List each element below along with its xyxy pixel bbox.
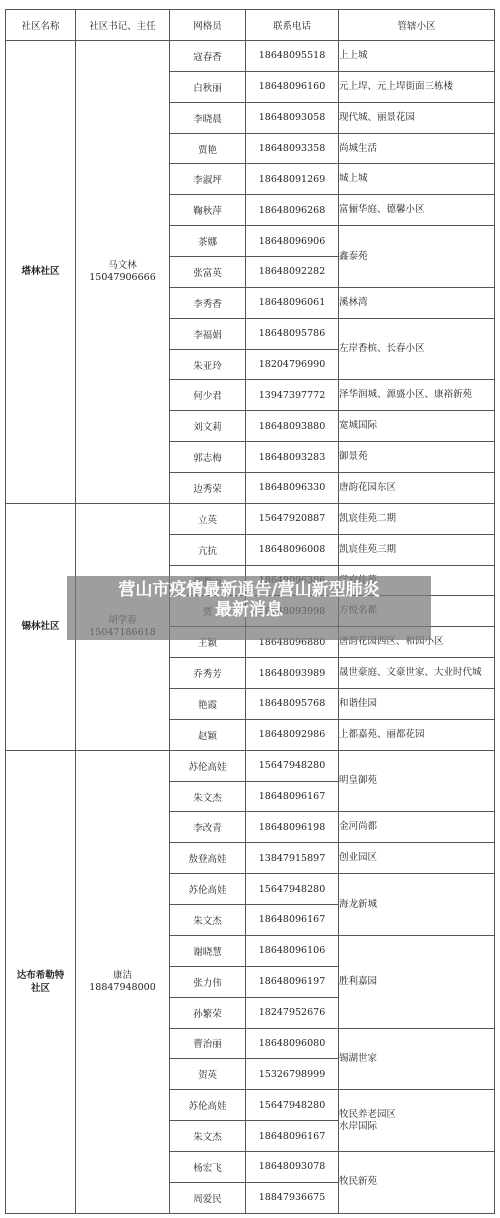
managed-area: 现代城、丽景花园 <box>339 102 495 133</box>
grid-worker-name: 朱亚玲 <box>170 349 246 380</box>
grid-worker-phone: 18648096106 <box>246 935 339 966</box>
grid-worker-name: 敖登高娃 <box>170 843 246 874</box>
community-name: 塔林社区 <box>6 41 76 504</box>
managed-area: 富俪华庭、德馨小区 <box>339 195 495 226</box>
managed-area: 胜利嘉园 <box>339 935 495 1028</box>
grid-worker-phone: 18648092282 <box>246 257 339 288</box>
managed-area: 上都嘉苑、丽都花园 <box>339 719 495 750</box>
managed-area: 锡湖世家 <box>339 1028 495 1090</box>
managed-area-line: 元上垾、元上垾街面三栋楼 <box>339 81 494 93</box>
grid-worker-phone: 18648095786 <box>246 318 339 349</box>
grid-worker-name: 朱文杰 <box>170 781 246 812</box>
grid-worker-name: 乔秀芳 <box>170 658 246 689</box>
managed-area-line: 唐韵花园东区 <box>339 482 494 494</box>
grid-worker-phone: 18648096167 <box>246 905 339 936</box>
grid-worker-name: 张富英 <box>170 257 246 288</box>
managed-area: 溪林湾 <box>339 287 495 318</box>
grid-worker-phone: 18204796990 <box>246 349 339 380</box>
managed-area-line: 创业园区 <box>339 852 494 864</box>
grid-worker-phone: 18648091269 <box>246 164 339 195</box>
grid-worker-phone: 18648096008 <box>246 534 339 565</box>
secretary-name: 康洁 <box>76 970 169 982</box>
grid-worker-phone: 18648093880 <box>246 411 339 442</box>
grid-worker-phone: 18847936675 <box>246 1182 339 1213</box>
grid-worker-phone: 13847915897 <box>246 843 339 874</box>
managed-area: 元上垾、元上垾街面三栋楼 <box>339 71 495 102</box>
managed-area-line: 金河尚都 <box>339 821 494 833</box>
managed-area-line: 御景苑 <box>339 451 494 463</box>
grid-worker-name: 寇春香 <box>170 41 246 72</box>
grid-worker-phone: 18648096167 <box>246 781 339 812</box>
grid-worker-phone: 18648095768 <box>246 689 339 720</box>
grid-worker-name: 周爱民 <box>170 1182 246 1213</box>
grid-worker-phone: 18648093058 <box>246 102 339 133</box>
grid-worker-name: 赵颖 <box>170 719 246 750</box>
header-grid-worker: 网格员 <box>170 10 246 41</box>
grid-worker-phone: 18648096080 <box>246 1028 339 1059</box>
managed-area-line: 宽城国际 <box>339 420 494 432</box>
grid-worker-phone: 18648093078 <box>246 1151 339 1182</box>
header-area: 管辖小区 <box>339 10 495 41</box>
managed-area: 海龙新城 <box>339 874 495 936</box>
grid-worker-name: 苏伦高娃 <box>170 874 246 905</box>
grid-worker-name: 立英 <box>170 503 246 534</box>
managed-area-line: 牧民养老园区 <box>339 1109 494 1121</box>
grid-worker-name: 郭志梅 <box>170 442 246 473</box>
table-row: 达布希勒特社区康洁18847948000苏伦高娃15647948280明皇御苑 <box>6 750 495 781</box>
managed-area-line: 城上城 <box>339 173 494 185</box>
secretary-phone: 18847948000 <box>76 982 169 994</box>
grid-worker-phone: 18648093358 <box>246 133 339 164</box>
managed-area: 凯宸佳苑三期 <box>339 534 495 565</box>
grid-worker-name: 朱文杰 <box>170 1121 246 1152</box>
managed-area-line: 胜利嘉园 <box>339 976 494 988</box>
grid-worker-name: 曹治丽 <box>170 1028 246 1059</box>
managed-area: 唐韵花园东区 <box>339 473 495 504</box>
managed-area-line: 牧民新苑 <box>339 1176 494 1188</box>
secretary-phone: 15047906666 <box>76 272 169 284</box>
managed-area-line: 水岸国际 <box>339 1121 494 1133</box>
community-name: 锡林社区 <box>6 503 76 750</box>
grid-worker-phone: 18648096906 <box>246 226 339 257</box>
grid-worker-phone: 18648096197 <box>246 966 339 997</box>
managed-area-line: 左岸香槟、长春小区 <box>339 343 494 355</box>
grid-worker-phone: 18247952676 <box>246 997 339 1028</box>
managed-area-line: 上都嘉苑、丽都花园 <box>339 729 494 741</box>
grid-worker-phone: 13947397772 <box>246 380 339 411</box>
grid-worker-name: 李晓晨 <box>170 102 246 133</box>
grid-worker-name: 亢抗 <box>170 534 246 565</box>
grid-worker-name: 苏伦高娃 <box>170 1090 246 1121</box>
managed-area-line: 海龙新城 <box>339 899 494 911</box>
grid-worker-phone: 18648096167 <box>246 1121 339 1152</box>
table-row: 塔林社区马文林15047906666寇春香18648095518上上城 <box>6 41 495 72</box>
grid-worker-phone: 15647948280 <box>246 1090 339 1121</box>
grid-worker-name: 白秋丽 <box>170 71 246 102</box>
managed-area: 上上城 <box>339 41 495 72</box>
grid-worker-phone: 18648093989 <box>246 658 339 689</box>
grid-worker-name: 苏伦高娃 <box>170 750 246 781</box>
grid-worker-phone: 18648096268 <box>246 195 339 226</box>
grid-worker-name: 谢晓慧 <box>170 935 246 966</box>
grid-worker-phone: 15326798999 <box>246 1059 339 1090</box>
grid-worker-phone: 18648096061 <box>246 287 339 318</box>
secretary-cell: 马文林15047906666 <box>76 41 170 504</box>
grid-worker-phone: 18648095518 <box>246 41 339 72</box>
grid-worker-phone: 18648096330 <box>246 473 339 504</box>
managed-area-line: 富俪华庭、德馨小区 <box>339 204 494 216</box>
managed-area: 宽城国际 <box>339 411 495 442</box>
managed-area: 御景苑 <box>339 442 495 473</box>
grid-worker-name: 李改青 <box>170 812 246 843</box>
managed-area-line: 明皇御苑 <box>339 775 494 787</box>
managed-area: 凯宸佳苑二期 <box>339 503 495 534</box>
grid-worker-phone: 18648092986 <box>246 719 339 750</box>
managed-area: 和谐佳园 <box>339 689 495 720</box>
managed-area: 金河尚都 <box>339 812 495 843</box>
managed-area-line: 和谐佳园 <box>339 698 494 710</box>
header-phone: 联系电话 <box>246 10 339 41</box>
managed-area-line: 晟世豪庭、文豪世家、大业时代城 <box>339 667 494 679</box>
grid-worker-phone: 18648093283 <box>246 442 339 473</box>
grid-worker-name: 艳霞 <box>170 689 246 720</box>
headline-line-2: 最新消息 <box>67 600 431 620</box>
grid-worker-name: 边秀荣 <box>170 473 246 504</box>
managed-area: 泽华润城、源盛小区、康裕新苑 <box>339 380 495 411</box>
header-row: 社区名称 社区书记、主任 网格员 联系电话 管辖小区 <box>6 10 495 41</box>
managed-area: 城上城 <box>339 164 495 195</box>
grid-worker-name: 刘文莉 <box>170 411 246 442</box>
managed-area-line: 锡湖世家 <box>339 1053 494 1065</box>
managed-area: 左岸香槟、长春小区 <box>339 318 495 380</box>
managed-area: 晟世豪庭、文豪世家、大业时代城 <box>339 658 495 689</box>
grid-worker-name: 何少君 <box>170 380 246 411</box>
managed-area: 明皇御苑 <box>339 750 495 812</box>
managed-area: 创业园区 <box>339 843 495 874</box>
header-community: 社区名称 <box>6 10 76 41</box>
headline-banner: 营山市疫情最新通告/营山新型肺炎 最新消息 <box>67 576 431 640</box>
managed-area: 牧民新苑 <box>339 1151 495 1213</box>
managed-area-line: 上上城 <box>339 50 494 62</box>
managed-area-line: 现代城、丽景花园 <box>339 112 494 124</box>
grid-worker-name: 孙繁荣 <box>170 997 246 1028</box>
managed-area: 牧民养老园区水岸国际 <box>339 1090 495 1152</box>
managed-area-line: 鑫泰苑 <box>339 251 494 263</box>
table-row: 锡林社区胡学春15047186618立英15647920887凯宸佳苑二期 <box>6 503 495 534</box>
managed-area-line: 凯宸佳苑三期 <box>339 544 494 556</box>
headline-line-1: 营山市疫情最新通告/营山新型肺炎 <box>67 580 431 600</box>
community-name-line: 达布希勒特 <box>6 969 75 982</box>
managed-area-line: 溪林湾 <box>339 297 494 309</box>
grid-worker-name: 贾艳 <box>170 133 246 164</box>
managed-area: 鑫泰苑 <box>339 226 495 288</box>
community-name-line: 社区 <box>6 982 75 995</box>
grid-worker-phone: 18648096160 <box>246 71 339 102</box>
grid-worker-name: 贺英 <box>170 1059 246 1090</box>
grid-worker-phone: 18648096198 <box>246 812 339 843</box>
grid-worker-name: 鞠秋萍 <box>170 195 246 226</box>
header-secretary: 社区书记、主任 <box>76 10 170 41</box>
managed-area-line: 凯宸佳苑二期 <box>339 513 494 525</box>
secretary-cell: 康洁18847948000 <box>76 750 170 1213</box>
grid-worker-name: 朱文杰 <box>170 905 246 936</box>
grid-worker-name: 茶娜 <box>170 226 246 257</box>
grid-worker-phone: 15647920887 <box>246 503 339 534</box>
community-name: 达布希勒特社区 <box>6 750 76 1213</box>
managed-area: 尚城生活 <box>339 133 495 164</box>
grid-worker-name: 李淑坪 <box>170 164 246 195</box>
managed-area-line: 尚城生活 <box>339 143 494 155</box>
managed-area-line: 泽华润城、源盛小区、康裕新苑 <box>339 389 494 401</box>
grid-worker-name: 李福娟 <box>170 318 246 349</box>
secretary-name: 马文林 <box>76 260 169 272</box>
grid-worker-name: 杨宏飞 <box>170 1151 246 1182</box>
grid-worker-phone: 15647948280 <box>246 874 339 905</box>
grid-worker-name: 李秀香 <box>170 287 246 318</box>
grid-worker-name: 张力伟 <box>170 966 246 997</box>
grid-worker-phone: 15647948280 <box>246 750 339 781</box>
